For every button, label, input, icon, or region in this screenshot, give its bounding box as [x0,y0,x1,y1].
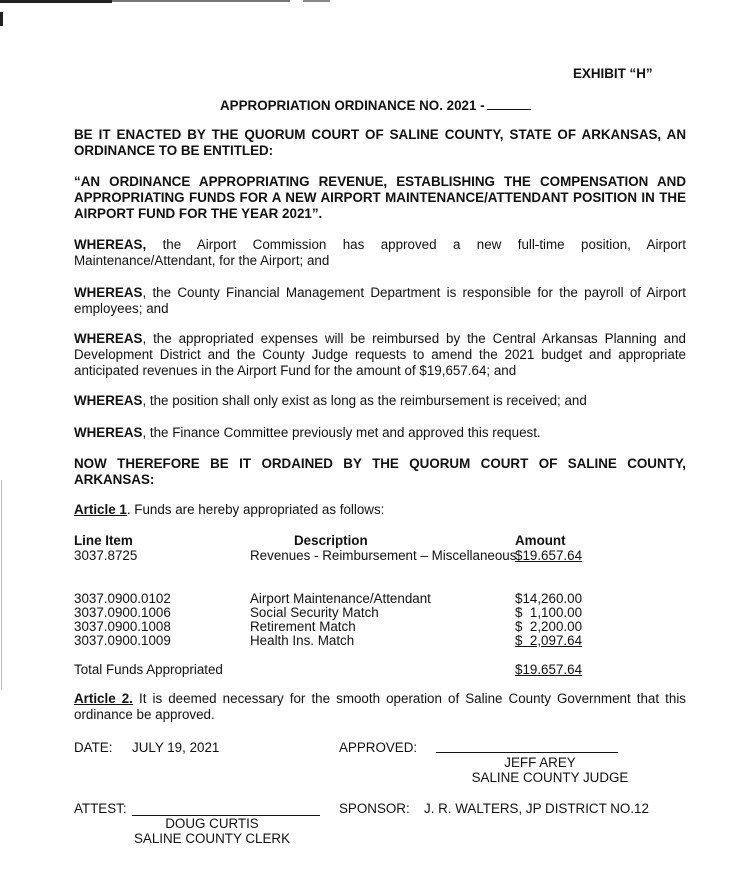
approved-label: APPROVED: [339,740,417,756]
attest-label: ATTEST: [74,801,127,817]
header-description: Description [294,533,368,549]
date-value: JULY 19, 2021 [132,740,219,756]
whereas-lead: WHEREAS [74,393,142,408]
line-item: 3037.8725 [74,548,137,564]
whereas-text: , the appropriated expenses will be reim… [74,331,686,378]
whereas-lead: WHEREAS, [74,237,146,252]
description: Health Ins. Match [250,633,354,649]
enacted-clause: BE IT ENACTED BY THE QUORUM COURT OF SAL… [74,127,686,159]
total-amount: $19.657.64 [515,662,582,678]
total-label: Total Funds Appropriated [74,662,223,678]
sponsor-value: J. R. WALTERS, JP DISTRICT NO.12 [424,801,649,817]
article-1-text: . Funds are hereby appropriated as follo… [127,502,385,517]
whereas-text: , the position shall only exist as long … [142,393,586,408]
ordinance-title: APPROPRIATION ORDINANCE NO. 2021 - [220,97,531,114]
judge-signature-line [436,752,618,753]
sponsor-label: SPONSOR: [339,801,410,817]
whereas-text: , the County Financial Management Depart… [74,285,686,316]
whereas-lead: WHEREAS [74,331,142,346]
amount: $ 2,097.64 [515,633,582,649]
whereas-3: WHEREAS, the appropriated expenses will … [74,331,686,379]
amount: $19.657.64 [515,548,582,564]
whereas-text: , the Finance Committee previously met a… [142,425,540,440]
whereas-lead: WHEREAS [74,425,142,440]
scan-edge-line [1,480,2,690]
whereas-5: WHEREAS, the Finance Committee previousl… [74,425,686,441]
article-2-label: Article 2. [74,691,133,706]
header-line-item: Line Item [74,533,133,549]
enacted-line-1: BE IT ENACTED BY THE QUORUM COURT OF SAL… [74,127,686,143]
ordinance-title-text: APPROPRIATION ORDINANCE NO. 2021 - [220,98,485,113]
article-1: Article 1. Funds are hereby appropriated… [74,502,686,518]
whereas-4: WHEREAS, the position shall only exist a… [74,393,686,409]
description: Revenues - Reimbursement – Miscellaneous [250,548,516,564]
scan-edge-mark [112,0,290,2]
clerk-title: SALINE COUNTY CLERK [122,831,302,847]
scan-edge-mark [0,12,3,26]
date-label: DATE: [74,740,112,756]
ordinance-number-blank [487,97,531,110]
line-item: 3037.0900.1009 [74,633,171,649]
whereas-text: the Airport Commission has approved a ne… [74,237,686,268]
whereas-lead: WHEREAS [74,285,142,300]
judge-name: JEFF AREY [460,755,620,771]
judge-title: SALINE COUNTY JUDGE [460,770,640,786]
clerk-name: DOUG CURTIS [132,816,292,832]
ordained-clause: NOW THEREFORE BE IT ORDAINED BY THE QUOR… [74,456,686,488]
enacted-line-2: ORDINANCE TO BE ENTITLED: [74,143,686,159]
exhibit-label: EXHIBIT “H” [573,66,653,82]
whereas-1: WHEREAS, the Airport Commission has appr… [74,237,686,269]
scan-edge-mark [0,0,112,3]
entitled-clause: “AN ORDINANCE APPROPRIATING REVENUE, EST… [74,174,686,222]
article-1-label: Article 1 [74,502,127,517]
article-2-text: It is deemed necessary for the smooth op… [74,691,686,722]
article-2: Article 2. It is deemed necessary for th… [74,691,686,723]
scan-edge-mark [303,0,330,2]
whereas-2: WHEREAS, the County Financial Management… [74,285,686,317]
header-amount: Amount [515,533,566,549]
